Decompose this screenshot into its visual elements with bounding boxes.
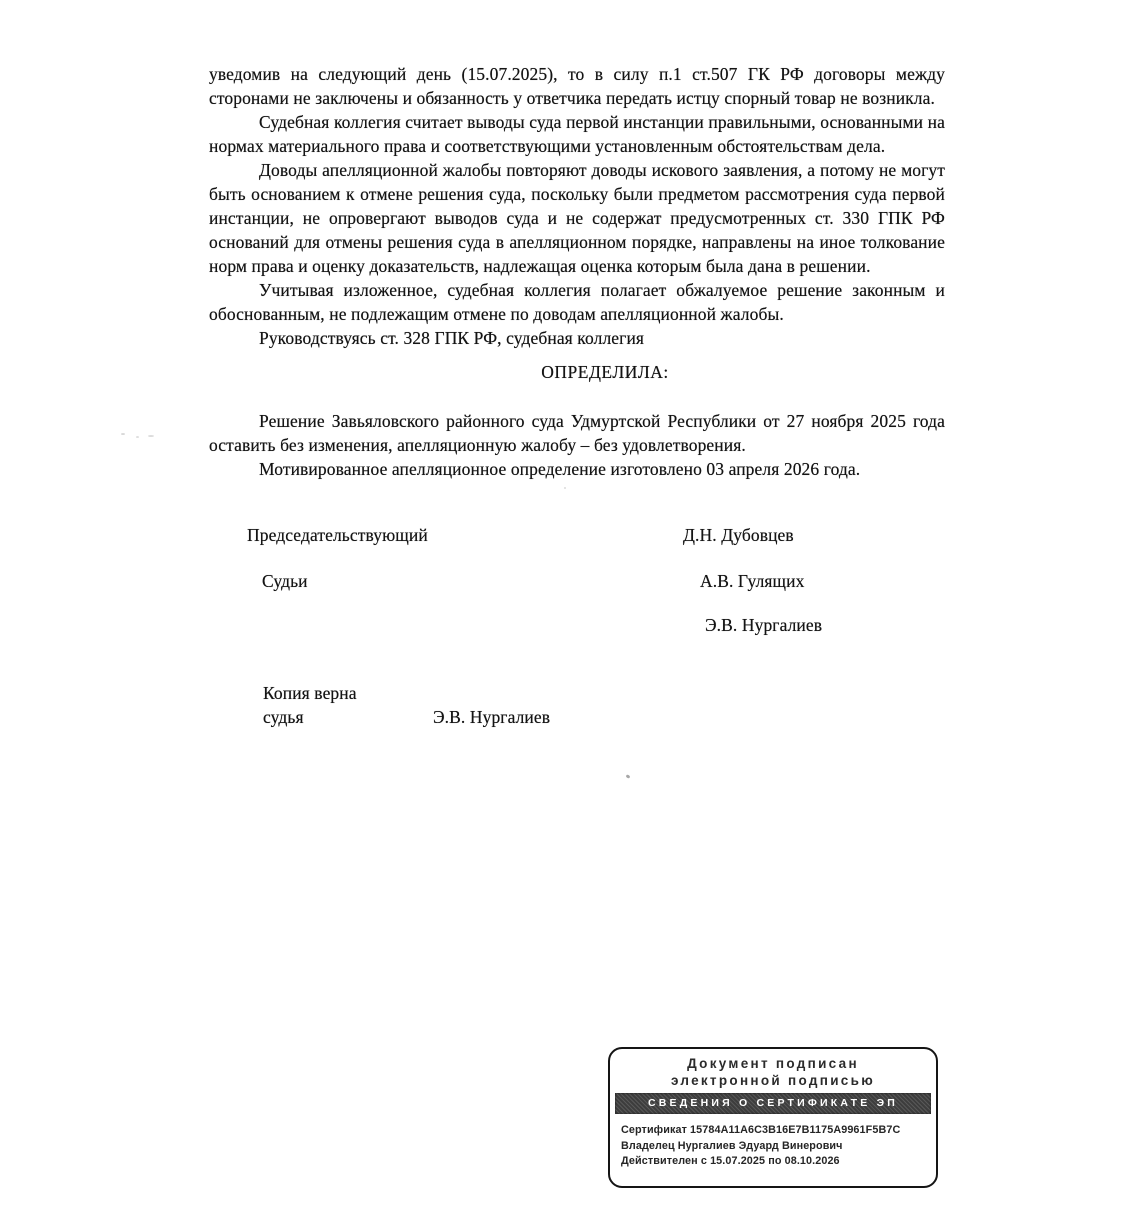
copy-judge-row: судья Э.В. Нургалиев: [209, 705, 945, 729]
stamp-title: Документ подписан электронной подписью: [610, 1056, 936, 1089]
ruling-heading: ОПРЕДЕЛИЛА:: [209, 360, 945, 384]
signature-row-presiding: Председательствующий Д.Н. Дубовцев: [209, 523, 945, 547]
stamp-title-line2: электронной подписью: [610, 1073, 936, 1090]
body-paragraph: Учитывая изложенное, судебная коллегия п…: [209, 278, 945, 326]
body-paragraph: Судебная коллегия считает выводы суда пе…: [209, 110, 945, 158]
certificate-validity-line: Действителен с 15.07.2025 по 08.10.2026: [621, 1154, 936, 1170]
copy-note-label: Копия верна: [263, 681, 357, 705]
signature-row-judges: Судьи А.В. Гулящих: [209, 569, 945, 593]
copy-note-row: Копия верна: [209, 681, 945, 705]
body-paragraph: Руководствуясь ст. 328 ГПК РФ, судебная …: [209, 326, 945, 350]
scan-artifact: [256, 446, 258, 448]
copy-judge-label: судья: [263, 705, 304, 729]
certificate-details: Сертификат 15784A11A6C3B16E7B1175A9961F5…: [621, 1123, 936, 1170]
scan-artifact: [626, 774, 631, 779]
stamp-title-line1: Документ подписан: [610, 1056, 936, 1073]
presiding-judge-name: Д.Н. Дубовцев: [683, 523, 794, 547]
electronic-signature-stamp: Документ подписан электронной подписью С…: [608, 1047, 938, 1188]
certificate-number-line: Сертификат 15784A11A6C3B16E7B1175A9961F5…: [621, 1123, 936, 1139]
judge-name: А.В. Гулящих: [700, 569, 804, 593]
scan-artifact: [564, 487, 566, 489]
ruling-paragraph: Мотивированное апелляционное определение…: [209, 457, 945, 481]
body-paragraph: уведомив на следующий день (15.07.2025),…: [209, 62, 945, 110]
ruling-paragraph: Решение Завьяловского районного суда Удм…: [209, 409, 945, 457]
certificate-info-banner: СВЕДЕНИЯ О СЕРТИФИКАТЕ ЭП: [615, 1093, 931, 1114]
signature-row-judge3: Э.В. Нургалиев: [209, 613, 945, 637]
judge-name: Э.В. Нургалиев: [705, 613, 822, 637]
certificate-owner-line: Владелец Нургалиев Эдуард Винерович: [621, 1139, 936, 1155]
document-body: уведомив на следующий день (15.07.2025),…: [209, 62, 945, 729]
body-paragraph: Доводы апелляционной жалобы повторяют до…: [209, 158, 945, 278]
copy-judge-name: Э.В. Нургалиев: [433, 705, 550, 729]
presiding-label: Председательствующий: [247, 523, 428, 547]
scan-artifact: [136, 436, 139, 438]
scan-artifact: [148, 435, 154, 437]
scan-artifact: [121, 433, 125, 435]
judges-label: Судьи: [262, 569, 308, 593]
scanned-court-document-page: { "document": { "paragraphs": [ "уведоми…: [0, 0, 1144, 1232]
